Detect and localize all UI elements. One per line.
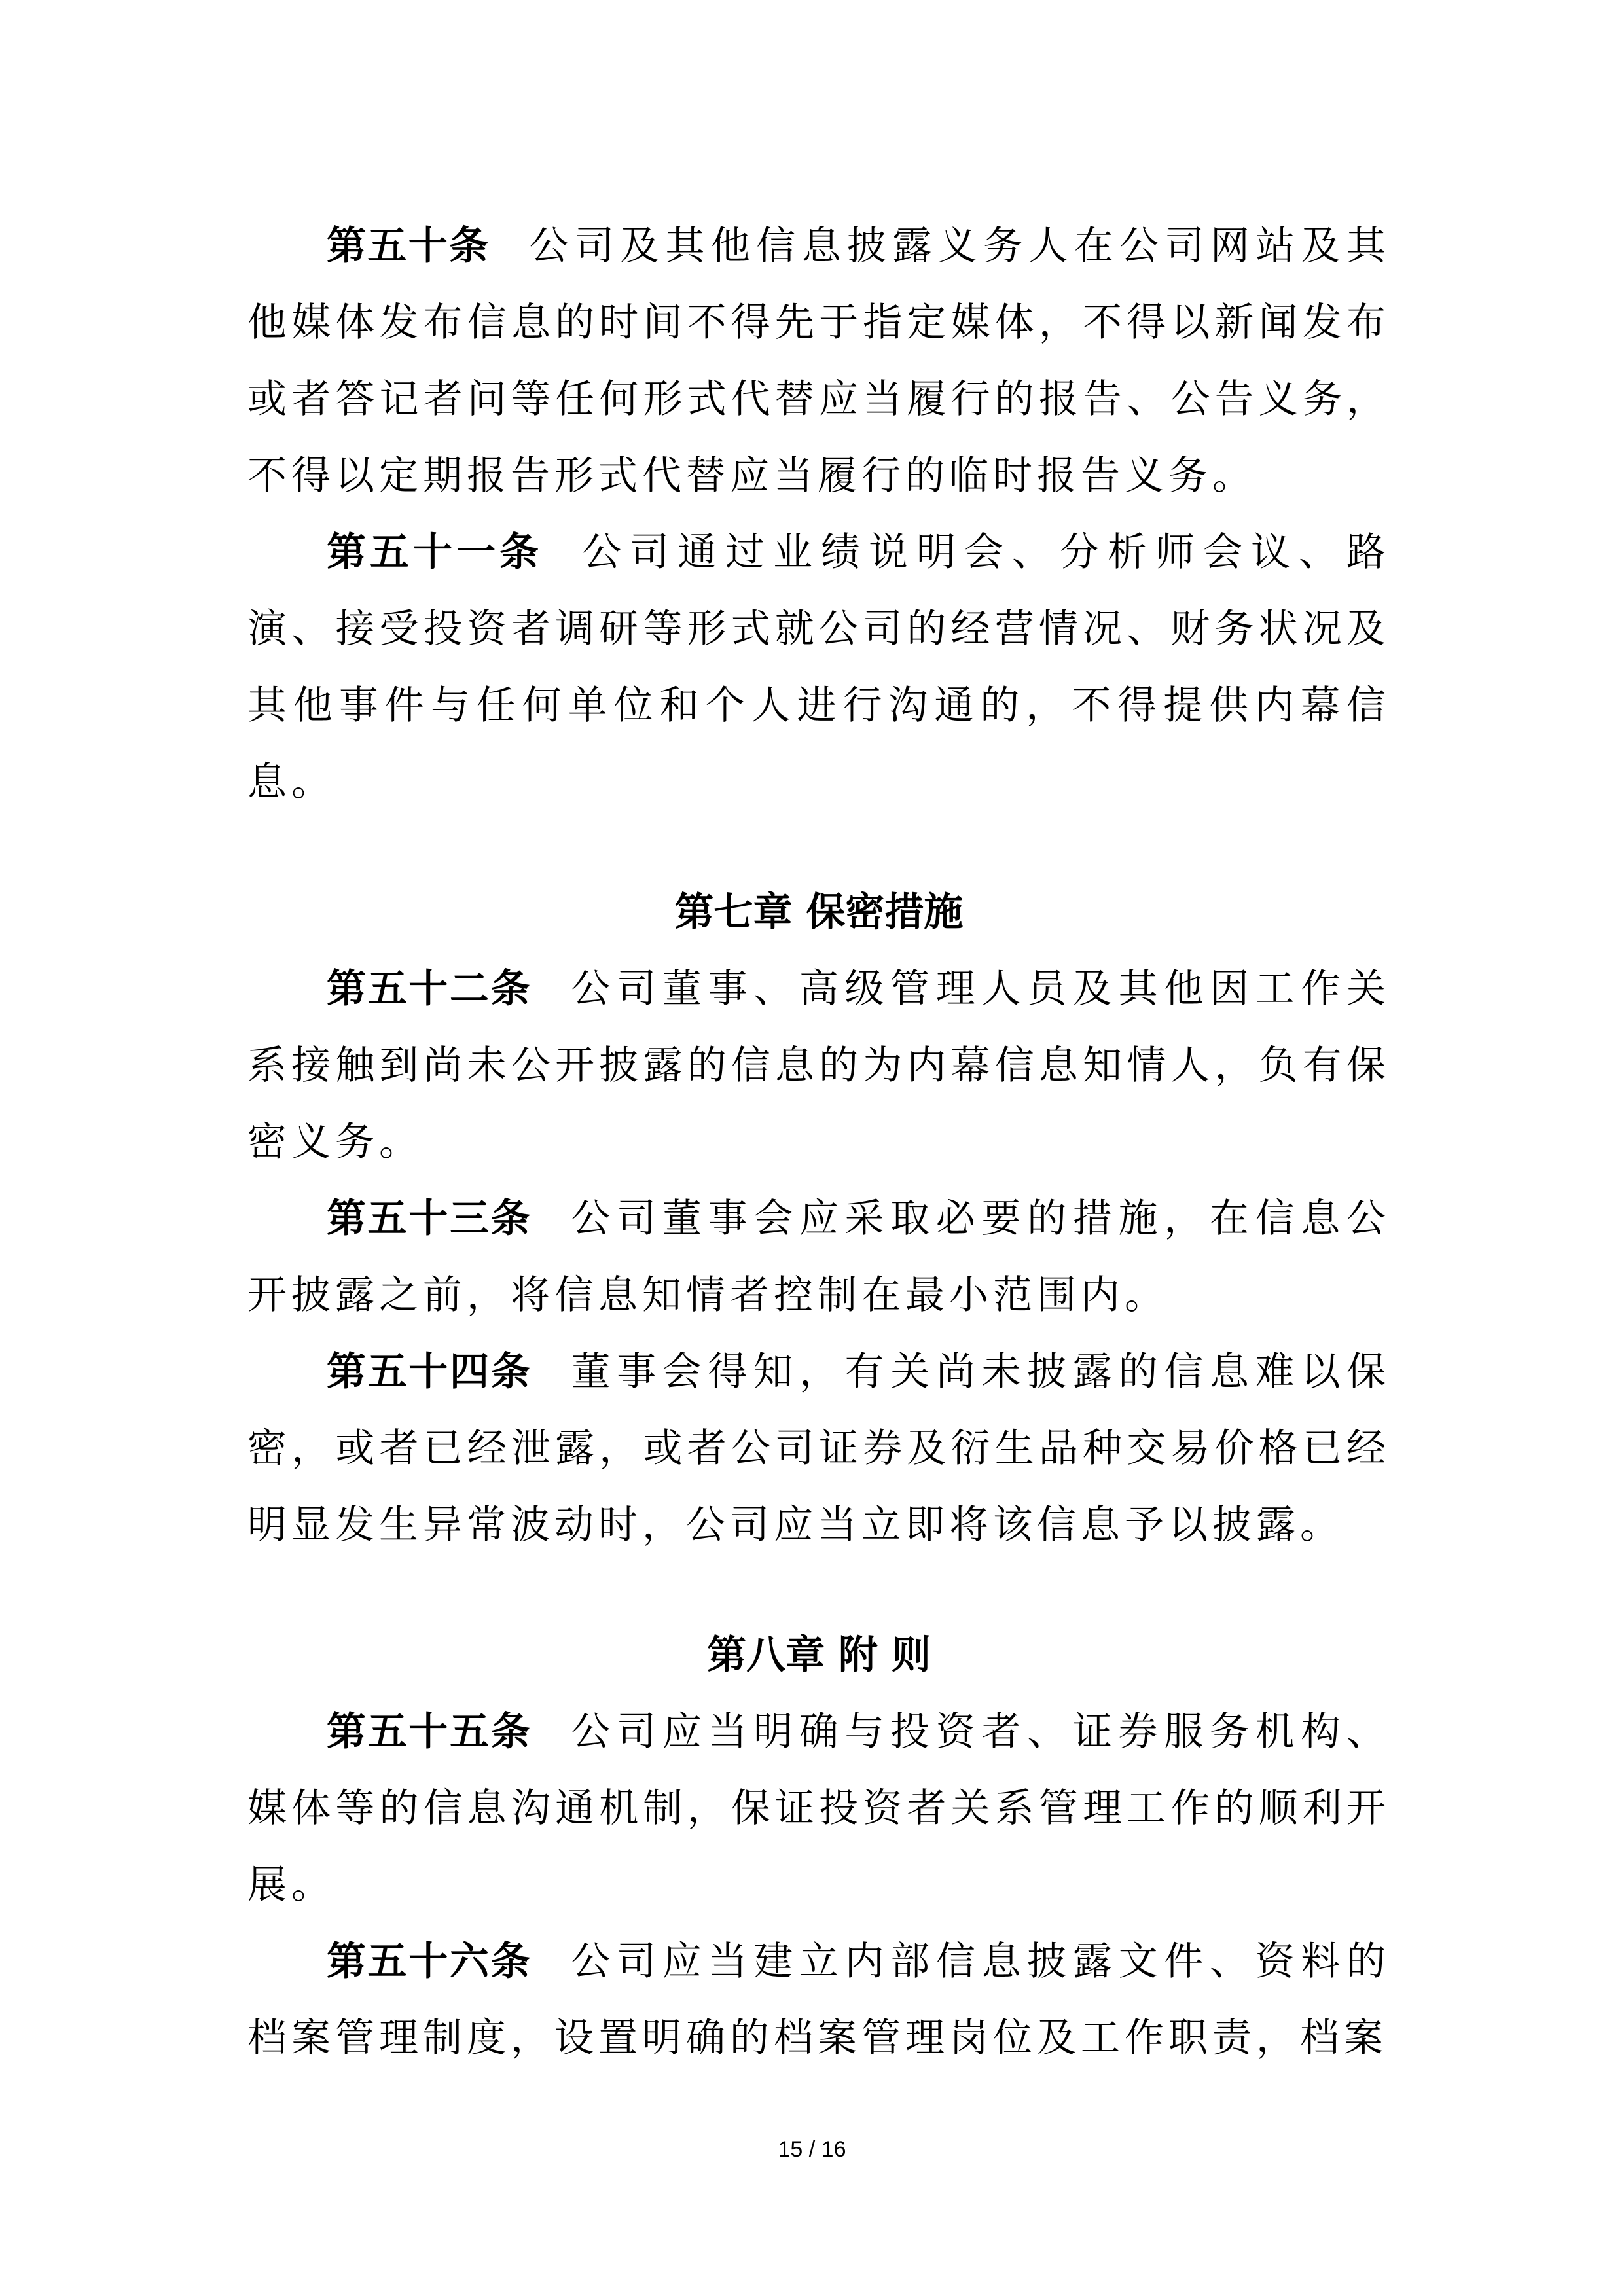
article-53: 第五十三条公司董事会应采取必要的措施，在信息公开披露之前，将信息知情者控制在最小… — [247, 1181, 1390, 1334]
article-label: 第五十一条 — [327, 529, 543, 575]
chapter-8-heading: 第八章 附 则 — [247, 1617, 1390, 1694]
article-label: 第五十六条 — [327, 1939, 532, 1984]
article-51: 第五十一条公司通过业绩说明会、分析师会议、路演、接受投资者调研等形式就公司的经营… — [247, 514, 1390, 821]
article-54: 第五十四条董事会得知，有关尚未披露的信息难以保密，或者已经泄露，或者公司证券及衍… — [247, 1334, 1390, 1564]
chapter-7-heading: 第七章 保密措施 — [247, 874, 1390, 951]
article-56: 第五十六条公司应当建立内部信息披露文件、资料的档案管理制度，设置明确的档案管理岗… — [247, 1924, 1390, 2077]
page-number: 15 / 16 — [0, 2137, 1624, 2162]
article-50: 第五十条公司及其他信息披露义务人在公司网站及其他媒体发布信息的时间不得先于指定媒… — [247, 208, 1390, 514]
document-body: 第五十条公司及其他信息披露义务人在公司网站及其他媒体发布信息的时间不得先于指定媒… — [247, 208, 1390, 2077]
article-55: 第五十五条公司应当明确与投资者、证券服务机构、媒体等的信息沟通机制，保证投资者关… — [247, 1694, 1390, 1924]
spacer — [247, 821, 1390, 874]
article-label: 第五十条 — [327, 223, 490, 269]
article-label: 第五十四条 — [327, 1349, 532, 1395]
article-label: 第五十二条 — [327, 966, 532, 1012]
article-label: 第五十五条 — [327, 1709, 532, 1755]
article-label: 第五十三条 — [327, 1196, 532, 1242]
article-52: 第五十二条公司董事、高级管理人员及其他因工作关系接触到尚未公开披露的信息的为内幕… — [247, 951, 1390, 1181]
spacer — [247, 1564, 1390, 1617]
document-page: 第五十条公司及其他信息披露义务人在公司网站及其他媒体发布信息的时间不得先于指定媒… — [0, 0, 1624, 2296]
